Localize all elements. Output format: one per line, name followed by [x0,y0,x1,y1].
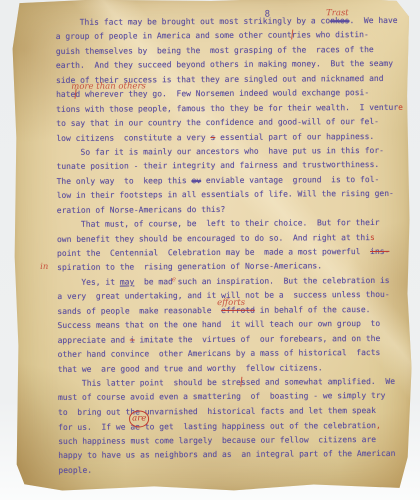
typed-text: Success means that on the one hand it wi… [57,319,380,330]
typed-text: This fact may be brought out most striki… [56,16,331,27]
typed-text: sands of people make reasonable [57,306,221,316]
typed-text: be mad [134,277,173,286]
typed-text: ssed and somewhat amplified. We [241,377,395,387]
typed-text: people. [58,465,92,474]
typed-text: eration of Norse-Americans do this? [57,205,226,215]
typed-text: such happiness must come largely because… [58,435,376,446]
typed-line: point the Centennial Celebration may be … [57,245,403,262]
typed-text: other hand convince other Americans by a… [58,348,381,359]
red-correction: , [376,421,381,430]
typed-text: essential part of our happiness. [215,132,374,142]
typed-line: to say that in our country the confidenc… [56,115,402,132]
underlined-word: may [120,277,135,286]
typed-text: So far it is mainly our ancestors who ha… [56,146,384,157]
red-struck-typo: ins- [370,247,389,256]
typed-line: low in their footsteps in all essentials… [57,187,403,204]
typed-line: happy to have us as neighbors and as an … [58,447,404,464]
typed-text: earth. And they succeed beyond others in… [56,59,393,70]
typed-text: to bring out the unvarnished historical … [58,406,376,417]
red-correction: e [398,102,403,111]
typed-line: hatemore than othersd wherever they go. … [56,86,402,103]
typed-text: for us. If we a [58,423,135,432]
typed-text: that we are good and true and worthy fel… [58,363,323,374]
typed-text: guish themselves by being the most grasp… [56,45,374,56]
typed-text: happy to have us as neighbors and as an … [58,449,395,460]
typed-text: That must, of course, be left to their c… [57,218,380,229]
typed-text: . We have [349,16,397,25]
red-correction: s [370,233,375,242]
typed-text: tions with those people, famous tho they… [56,102,398,113]
typed-text: Yes, it [57,277,120,286]
manuscript-paper: 8 This fact may be brought out most stri… [11,0,413,494]
typed-text: tunate position - their integrity and fa… [56,160,379,171]
typed-text: own benefit they should be encouraged to… [57,233,370,244]
typed-text: e to get lasting happiness out of the ce… [135,421,376,431]
typed-text: imitate the virtues of our forebears, an… [135,334,381,345]
typed-text: to say that in our country the confidenc… [56,117,379,128]
struck-typo: ev [191,176,201,185]
typed-text: ries who distin- [292,30,369,39]
typed-line: people. [58,461,404,478]
typed-text: a group of people in America and some ot… [56,31,292,41]
typed-text-block: This fact may be brought out most striki… [56,14,405,478]
typed-line: That must, of course, be left to their c… [57,216,403,233]
typed-text: low in their footsteps in all essentials… [57,189,394,200]
typed-line: Success means that on the one hand it wi… [57,317,403,334]
typed-text: must of course avoid even a smattering o… [58,391,386,402]
typed-text: This latter point should be stre [58,378,241,388]
typed-text: spiration to the rising generation of No… [57,262,322,273]
typed-text: point the Centennial Celebration may be … [57,247,370,258]
typed-line: other hand convince other Americans by a… [58,346,404,363]
typed-text: The only way to keep this [57,176,192,186]
typed-text: low citizens constitute a very [56,133,210,143]
typed-text: appreciate and [58,335,130,344]
typed-text: enviable vantage ground is to fol- [201,175,379,185]
typed-text: such an inspiration. But the celebration… [173,276,390,286]
typed-text: in behalf of the cause. [255,305,371,315]
